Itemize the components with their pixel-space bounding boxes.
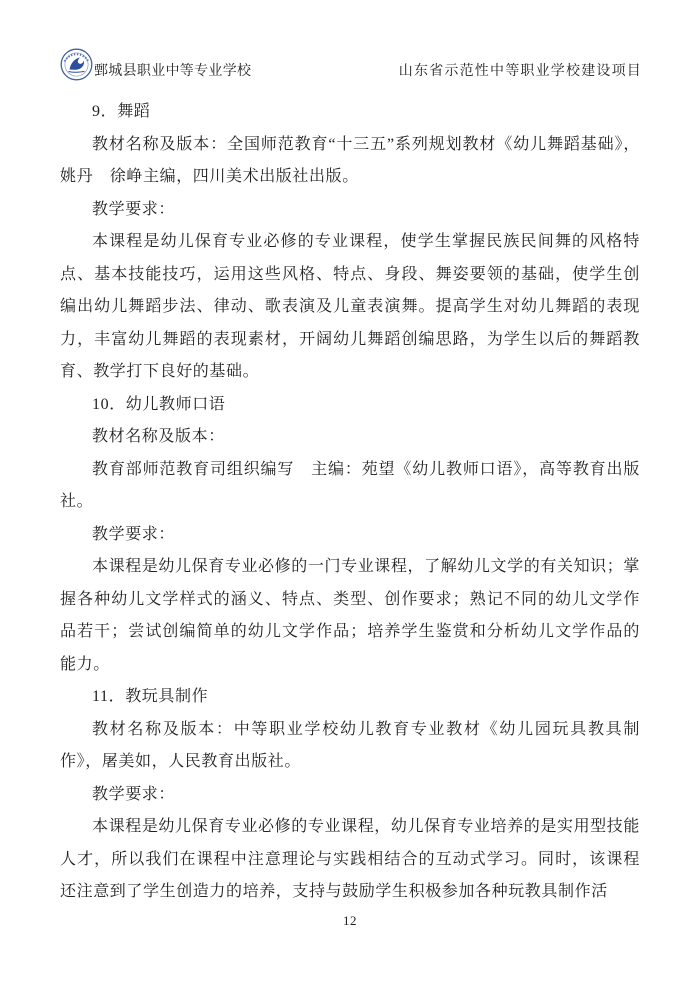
section-11-material: 教材名称及版本：中等职业学校幼儿教育专业教材《幼儿园玩具教具制作》，屠美如，人民… <box>60 714 640 779</box>
section-9-requirement-label: 教学要求： <box>60 194 640 227</box>
document-page: 鄄城县职业中等专业学校 山东省示范性中等职业学校建设项目 9．舞蹈 教材名称及版… <box>0 0 700 990</box>
section-11-requirement: 本课程是幼儿保育专业必修的专业课程，幼儿保育专业培养的是实用型技能人才，所以我们… <box>60 811 640 909</box>
page-header: 鄄城县职业中等专业学校 山东省示范性中等职业学校建设项目 <box>60 44 642 80</box>
section-9-requirement: 本课程是幼儿保育专业必修的专业课程，使学生掌握民族民间舞的风格特点、基本技能技巧… <box>60 226 640 389</box>
page-number: 12 <box>343 913 357 928</box>
document-body: 9．舞蹈 教材名称及版本：全国师范教育“十三五”系列规划教材《幼儿舞蹈基础》，姚… <box>60 96 640 909</box>
section-10-material: 教育部师范教育司组织编写 主编：苑望《幼儿教师口语》，高等教育出版社。 <box>60 454 640 519</box>
header-left: 鄄城县职业中等专业学校 <box>60 45 251 80</box>
page-footer: 12 <box>0 913 700 929</box>
section-10-requirement-label: 教学要求： <box>60 519 640 552</box>
section-10-requirement: 本课程是幼儿保育专业必修的一门专业课程，了解幼儿文学的有关知识；掌握各种幼儿文学… <box>60 551 640 681</box>
section-10-heading: 10．幼儿教师口语 <box>60 389 640 422</box>
header-school-name: 鄄城县职业中等专业学校 <box>94 63 251 80</box>
school-emblem-icon <box>60 47 93 82</box>
section-11-heading: 11．教玩具制作 <box>60 681 640 714</box>
section-11-requirement-label: 教学要求： <box>60 779 640 812</box>
section-10-material-label: 教材名称及版本： <box>60 421 640 454</box>
section-9-material: 教材名称及版本：全国师范教育“十三五”系列规划教材《幼儿舞蹈基础》，姚丹 徐峥主… <box>60 129 640 194</box>
header-project-name: 山东省示范性中等职业学校建设项目 <box>399 63 642 80</box>
section-9-heading: 9．舞蹈 <box>60 96 640 129</box>
